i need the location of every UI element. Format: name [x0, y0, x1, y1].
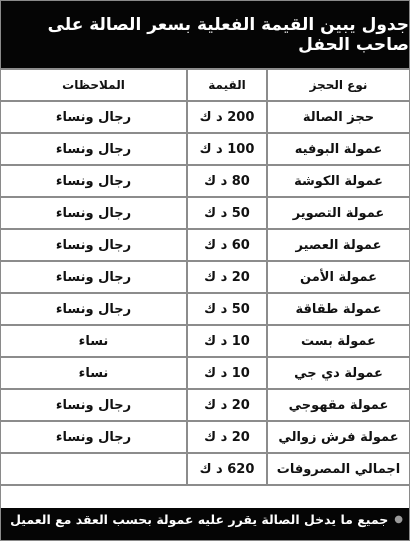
table-header-row: نوع الحجز القيمة الملاحظات [1, 69, 409, 101]
table-row: عمولة مقهوجي 20 د ك رجال ونساء [1, 389, 409, 421]
cell-notes: رجال ونساء [1, 133, 187, 165]
cell-value: 20 د ك [187, 389, 267, 421]
cell-notes: رجال ونساء [1, 389, 187, 421]
cell-notes: رجال ونساء [1, 293, 187, 325]
cell-value: 50 د ك [187, 293, 267, 325]
cell-notes: رجال ونساء [1, 101, 187, 133]
table-row: عمولة طقاقة 50 د ك رجال ونساء [1, 293, 409, 325]
cell-value: 60 د ك [187, 229, 267, 261]
cell-value: 20 د ك [187, 261, 267, 293]
cell-notes: رجال ونساء [1, 229, 187, 261]
table-total-row: اجمالي المصروفات 620 د ك [1, 453, 409, 485]
cell-type: عمولة دي جي [267, 357, 409, 389]
cell-type: اجمالي المصروفات [267, 453, 409, 485]
cell-value: 100 د ك [187, 133, 267, 165]
cell-value: 200 د ك [187, 101, 267, 133]
cell-type: عمولة الكوشة [267, 165, 409, 197]
cell-type: عمولة البوفيه [267, 133, 409, 165]
cell-notes: رجال ونساء [1, 421, 187, 453]
cell-notes: نساء [1, 325, 187, 357]
price-table: نوع الحجز القيمة الملاحظات حجز الصالة 20… [1, 68, 409, 486]
cell-notes [1, 453, 187, 485]
cell-type: عمولة التصوير [267, 197, 409, 229]
cell-value: 80 د ك [187, 165, 267, 197]
table-row: عمولة البوفيه 100 د ك رجال ونساء [1, 133, 409, 165]
cell-notes: رجال ونساء [1, 197, 187, 229]
cell-type: عمولة طقاقة [267, 293, 409, 325]
cell-type: عمولة العصير [267, 229, 409, 261]
cell-type: عمولة مقهوجي [267, 389, 409, 421]
cell-value: 10 د ك [187, 325, 267, 357]
cell-type: حجز الصالة [267, 101, 409, 133]
bullet-icon: ● [394, 512, 403, 528]
cell-notes: نساء [1, 357, 187, 389]
header-notes: الملاحظات [1, 69, 187, 101]
cell-type: عمولة الأمن [267, 261, 409, 293]
title-bar: جدول يبين القيمة الفعلية بسعر الصالة على… [1, 1, 409, 68]
table-row: حجز الصالة 200 د ك رجال ونساء [1, 101, 409, 133]
table-row: عمولة الكوشة 80 د ك رجال ونساء [1, 165, 409, 197]
cell-value: 10 د ك [187, 357, 267, 389]
price-table-document: جدول يبين القيمة الفعلية بسعر الصالة على… [0, 0, 410, 541]
cell-type: عمولة فرش زوالي [267, 421, 409, 453]
cell-notes: رجال ونساء [1, 165, 187, 197]
table-row: عمولة فرش زوالي 20 د ك رجال ونساء [1, 421, 409, 453]
table-row: عمولة التصوير 50 د ك رجال ونساء [1, 197, 409, 229]
footer-note-bar: ● جميع ما يدخل الصالة يقرر عليه عمولة بح… [1, 508, 409, 540]
header-value: القيمة [187, 69, 267, 101]
header-type: نوع الحجز [267, 69, 409, 101]
table-row: عمولة الأمن 20 د ك رجال ونساء [1, 261, 409, 293]
table-row: عمولة العصير 60 د ك رجال ونساء [1, 229, 409, 261]
document-title: جدول يبين القيمة الفعلية بسعر الصالة على… [1, 15, 409, 55]
cell-notes: رجال ونساء [1, 261, 187, 293]
cell-type: عمولة بست [267, 325, 409, 357]
cell-value: 620 د ك [187, 453, 267, 485]
footer-note: جميع ما يدخل الصالة يقرر عليه عمولة بحسب… [10, 512, 388, 527]
table-row: عمولة دي جي 10 د ك نساء [1, 357, 409, 389]
table-row: عمولة بست 10 د ك نساء [1, 325, 409, 357]
cell-value: 50 د ك [187, 197, 267, 229]
cell-value: 20 د ك [187, 421, 267, 453]
